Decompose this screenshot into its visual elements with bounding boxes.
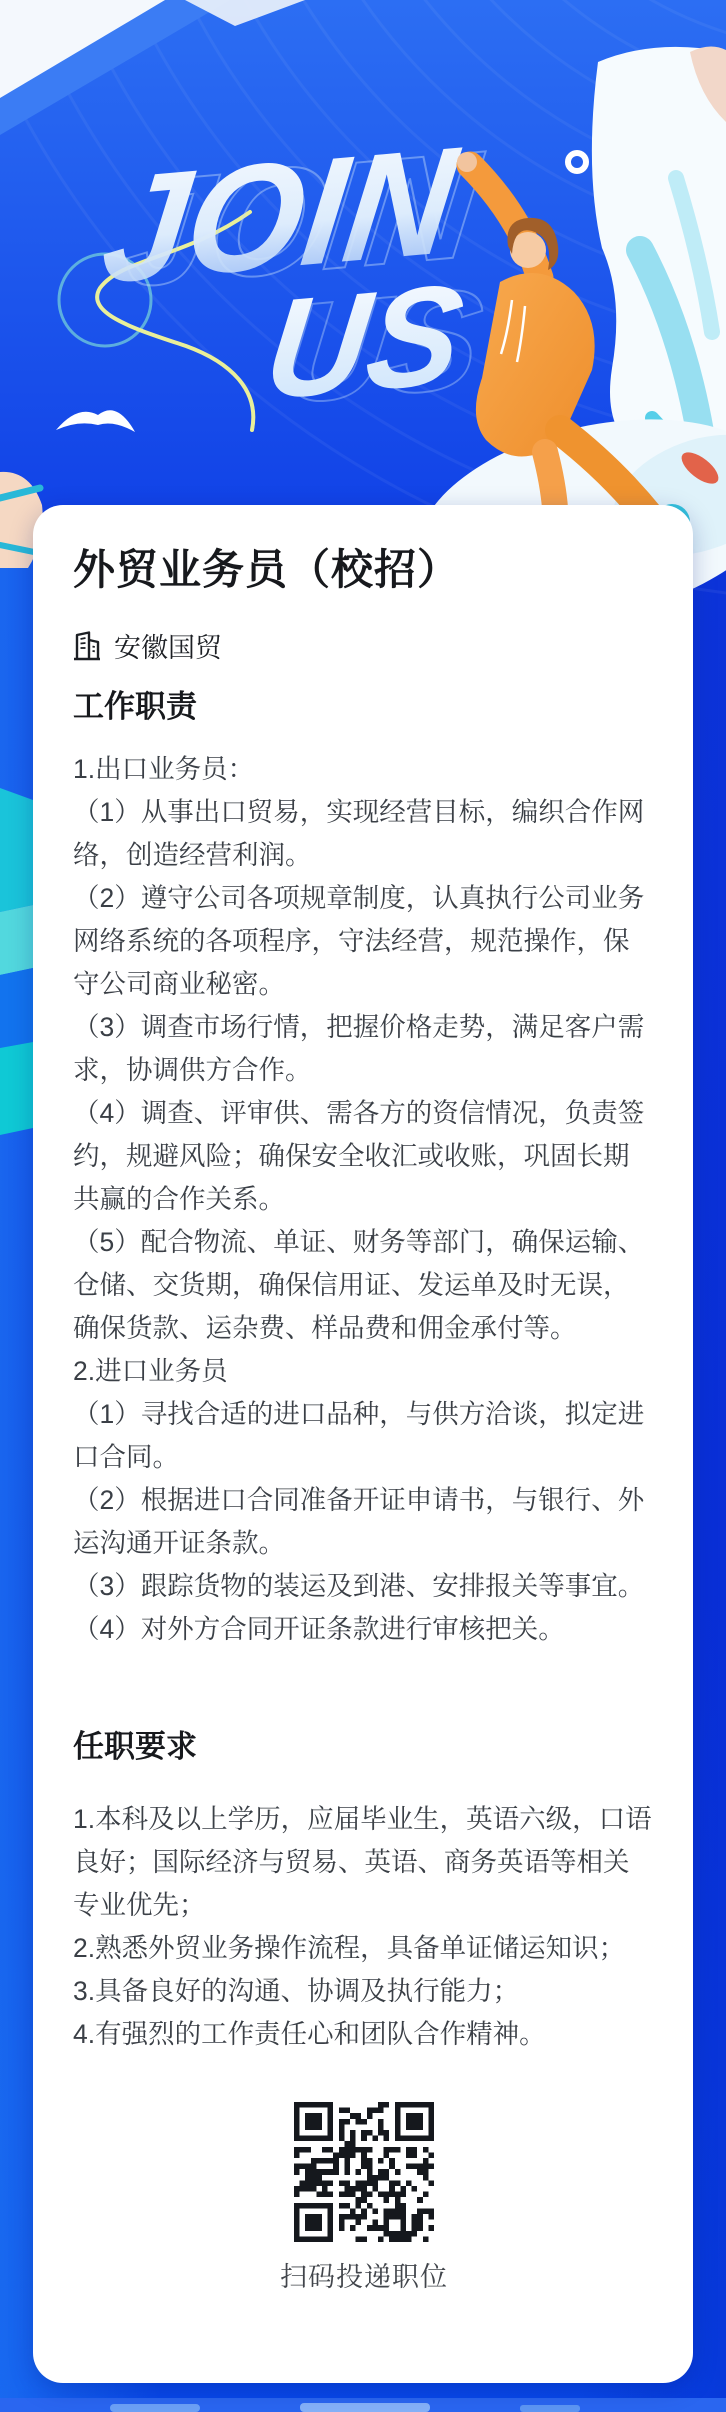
section-heading-responsibilities: 工作职责 <box>73 692 655 722</box>
text-line: （2）遵守公司各项规章制度，认真执行公司业务网络系统的各项程序，守法经营，规范操… <box>73 877 655 1006</box>
text-line: （3）跟踪货物的装运及到港、安排报关等事宜。 <box>73 1565 655 1608</box>
text-line: 2.熟悉外贸业务操作流程，具备单证储运知识； <box>73 1927 655 1970</box>
company-name: 安徽国贸 <box>114 626 222 665</box>
requirements-list: 1.本科及以上学历，应届毕业生，英语六级，口语良好；国际经济与贸易、英语、商务英… <box>73 1798 655 2056</box>
text-line: （4）调查、评审供、需各方的资信情况，负责签约，规避风险；确保安全收汇或收账，巩… <box>73 1092 655 1221</box>
text-line: 1.出口业务员： <box>73 748 655 791</box>
text-line: （4）对外方合同开证条款进行审核把关。 <box>73 1608 655 1651</box>
qr-caption: 扫码投递职位 <box>73 2262 655 2292</box>
text-line: 2.进口业务员 <box>73 1350 655 1393</box>
text-line: 3.具备良好的沟通、协调及执行能力； <box>73 1970 655 2013</box>
job-poster-page: JOIN JOIN US US <box>0 0 726 2412</box>
text-line: 1.本科及以上学历，应届毕业生，英语六级，口语良好；国际经济与贸易、英语、商务英… <box>73 1798 655 1927</box>
page-title: 外贸业务员（校招） <box>73 545 655 595</box>
qr-code <box>294 2102 434 2242</box>
slogan-us: US <box>258 255 471 430</box>
text-line: （1）寻找合适的进口品种，与供方洽谈，拟定进口合同。 <box>73 1393 655 1479</box>
responsibilities-list: 1.出口业务员：（1）从事出口贸易，实现经营目标，编织合作网络，创造经营利润。（… <box>73 748 655 1651</box>
job-card: 外贸业务员（校招） 安徽国贸 工作职责 1.出口业务员：（1）从事出口贸易，实现… <box>33 505 693 2383</box>
text-line: （2）根据进口合同准备开证申请书，与银行、外运沟通开证条款。 <box>73 1479 655 1565</box>
company-row: 安徽国贸 <box>73 629 655 661</box>
section-heading-requirements: 任职要求 <box>73 1732 655 1762</box>
text-line: （5）配合物流、单证、财务等部门，确保运输、仓储、交货期，确保信用证、发运单及时… <box>73 1221 655 1350</box>
building-icon <box>73 630 101 661</box>
text-line: 4.有强烈的工作责任心和团队合作精神。 <box>73 2013 655 2056</box>
text-line: （1）从事出口贸易，实现经营目标，编织合作网络，创造经营利润。 <box>73 791 655 877</box>
bottom-strip <box>0 2398 726 2412</box>
text-line: （3）调查市场行情，把握价格走势，满足客户需求，协调供方合作。 <box>73 1006 655 1092</box>
